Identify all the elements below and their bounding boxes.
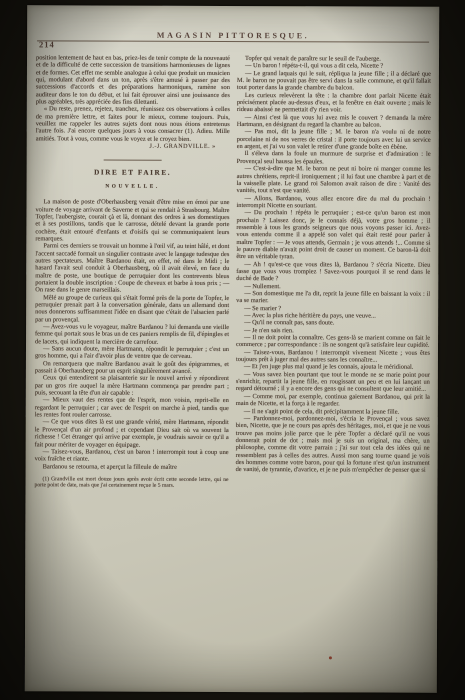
right-column: Topfer qui venait de paraître sur le seu… <box>236 55 432 490</box>
paragraph: — Taisez-vous, Bardanou ! interrompit vi… <box>236 349 430 364</box>
paragraph: — Mieux vaut des rentes que de l'esprit,… <box>35 397 229 420</box>
footnote: (1) Grandville est mort douze jours aprè… <box>35 476 229 489</box>
paragraph: — Comme moi, par exemple, continua gaiem… <box>236 393 430 408</box>
scanned-page: 214 MAGASIN PITTORESQUE. position lentem… <box>25 5 439 692</box>
paragraph: Il s'éleva dans la foule un murmure de s… <box>237 150 431 165</box>
letter-continuation: position lentement de haut en bas, priez… <box>36 54 230 143</box>
journal-title: MAGASIN PITTORESQUE. <box>37 30 429 40</box>
paragraph: — Ainsi c'est là que vous lui avez mis l… <box>237 114 431 129</box>
paragraph: Parmi ces derniers se trouvait un homme … <box>35 243 229 295</box>
paragraph: Ceux qui entendirent sa plaisanterie sur… <box>35 375 229 398</box>
section-separator-rule <box>104 160 162 161</box>
page-header: 214 MAGASIN PITTORESQUE. <box>37 27 429 42</box>
left-column: position lentement de haut en bas, priez… <box>35 54 231 489</box>
paragraph: On remarquera que maître Bardanou avait … <box>35 360 229 375</box>
page-number: 214 <box>39 39 55 49</box>
paragraph: Bardanou se retourna, et aperçut la fill… <box>35 463 229 471</box>
letter-signature: J.-J. GRANDVILLE. » <box>36 143 230 151</box>
paragraph: — Il ne doit point la connaître. Ces gen… <box>236 334 430 349</box>
ink-spot-artifact <box>329 656 332 659</box>
paragraph: — Avez-vous vu le voyageur, maître Barda… <box>35 323 229 346</box>
story-text: La maison de poste d'Oberhausberg venait… <box>35 198 230 470</box>
paragraph: — Vous savez bien pourtant que tout le m… <box>236 371 430 394</box>
text-columns: position lentement de haut en bas, priez… <box>26 41 440 490</box>
paragraph: « Du reste, prenez, rejetez, tranchez, r… <box>36 106 230 143</box>
paragraph: Les curieux relevèrent la tête : la cham… <box>237 92 431 115</box>
paragraph: — Allons, Bardanou, vous allez encore di… <box>236 195 430 210</box>
paragraph: La maison de poste d'Oberhausberg venait… <box>35 198 229 243</box>
paragraph: — Ce que vous dites là est une grande vé… <box>35 419 229 449</box>
story-subtitle: NOUVELLE. <box>36 183 230 191</box>
paragraph: — Du prochain ! répéta le perruquier ; e… <box>236 209 430 261</box>
paragraph: — Taisez-vous, Bardanou, c'est un baron … <box>35 448 229 463</box>
paragraph: Mêlé au groupe de curieux qui s'était fo… <box>35 294 229 324</box>
paragraph: — C'est-à-dire que M. le baron ne peut n… <box>237 165 431 195</box>
paragraph: — Pas moi, dit la jeune fille ; M. le ba… <box>237 128 431 151</box>
paragraph: — Le grand laquais qui le suit, répliqua… <box>237 70 431 93</box>
paragraph: — Sans aucun doute, mère Hartmann, répon… <box>35 345 229 360</box>
story-text-continued: Topfer qui venait de paraître sur le seu… <box>236 55 431 474</box>
story-title: DIRE ET FAIRE. <box>36 170 230 178</box>
paragraph: — Pardonnez-moi, pardonnez-moi, s'écria … <box>236 415 430 474</box>
paragraph: — Ah ! qu'est-ce que vous dites là, Bard… <box>236 261 430 284</box>
paragraph: position lentement de haut en bas, priez… <box>36 54 230 106</box>
paragraph: — Son domestique me l'a dit, reprit la j… <box>236 290 430 305</box>
